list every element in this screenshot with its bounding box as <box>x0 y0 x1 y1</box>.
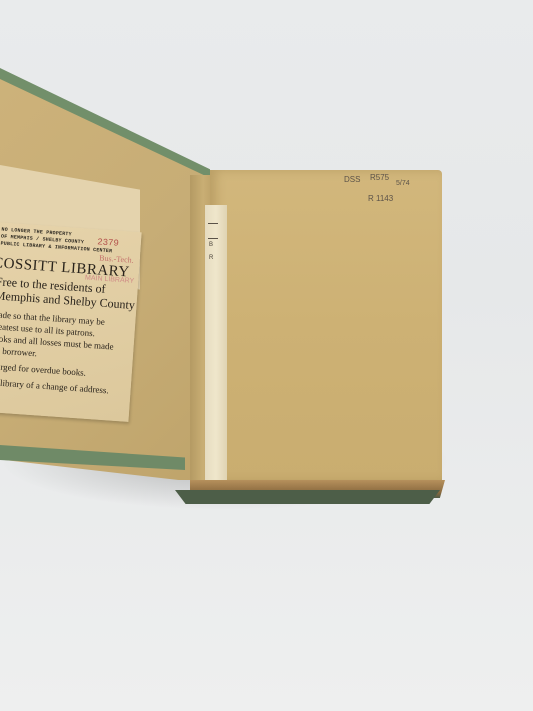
spine-repair-tape: B R <box>205 205 227 480</box>
tape-label: B <box>209 242 213 248</box>
back-cover-edge <box>175 490 440 504</box>
pencil-mark: DSS <box>344 175 360 184</box>
pencil-call-number: R575 <box>370 173 389 182</box>
card-rules: made so that the library may be greatest… <box>0 308 136 398</box>
tape-mark <box>208 238 218 239</box>
book-photo: NO LONGER THE PROPERTY OF MEMPHIS / SHEL… <box>0 0 533 711</box>
pencil-fraction: 5/74 <box>396 180 410 187</box>
first-page: DSS R575 5/74 R 1143 <box>210 170 442 482</box>
tape-label: R <box>209 255 213 261</box>
stamp-number: 2379 <box>97 237 119 248</box>
library-card: NO LONGER THE PROPERTY OF MEMPHIS / SHEL… <box>0 222 142 422</box>
withdrawn-stamp: NO LONGER THE PROPERTY OF MEMPHIS / SHEL… <box>0 227 141 258</box>
tape-mark <box>208 223 218 224</box>
pencil-accession: R 1143 <box>368 194 393 203</box>
